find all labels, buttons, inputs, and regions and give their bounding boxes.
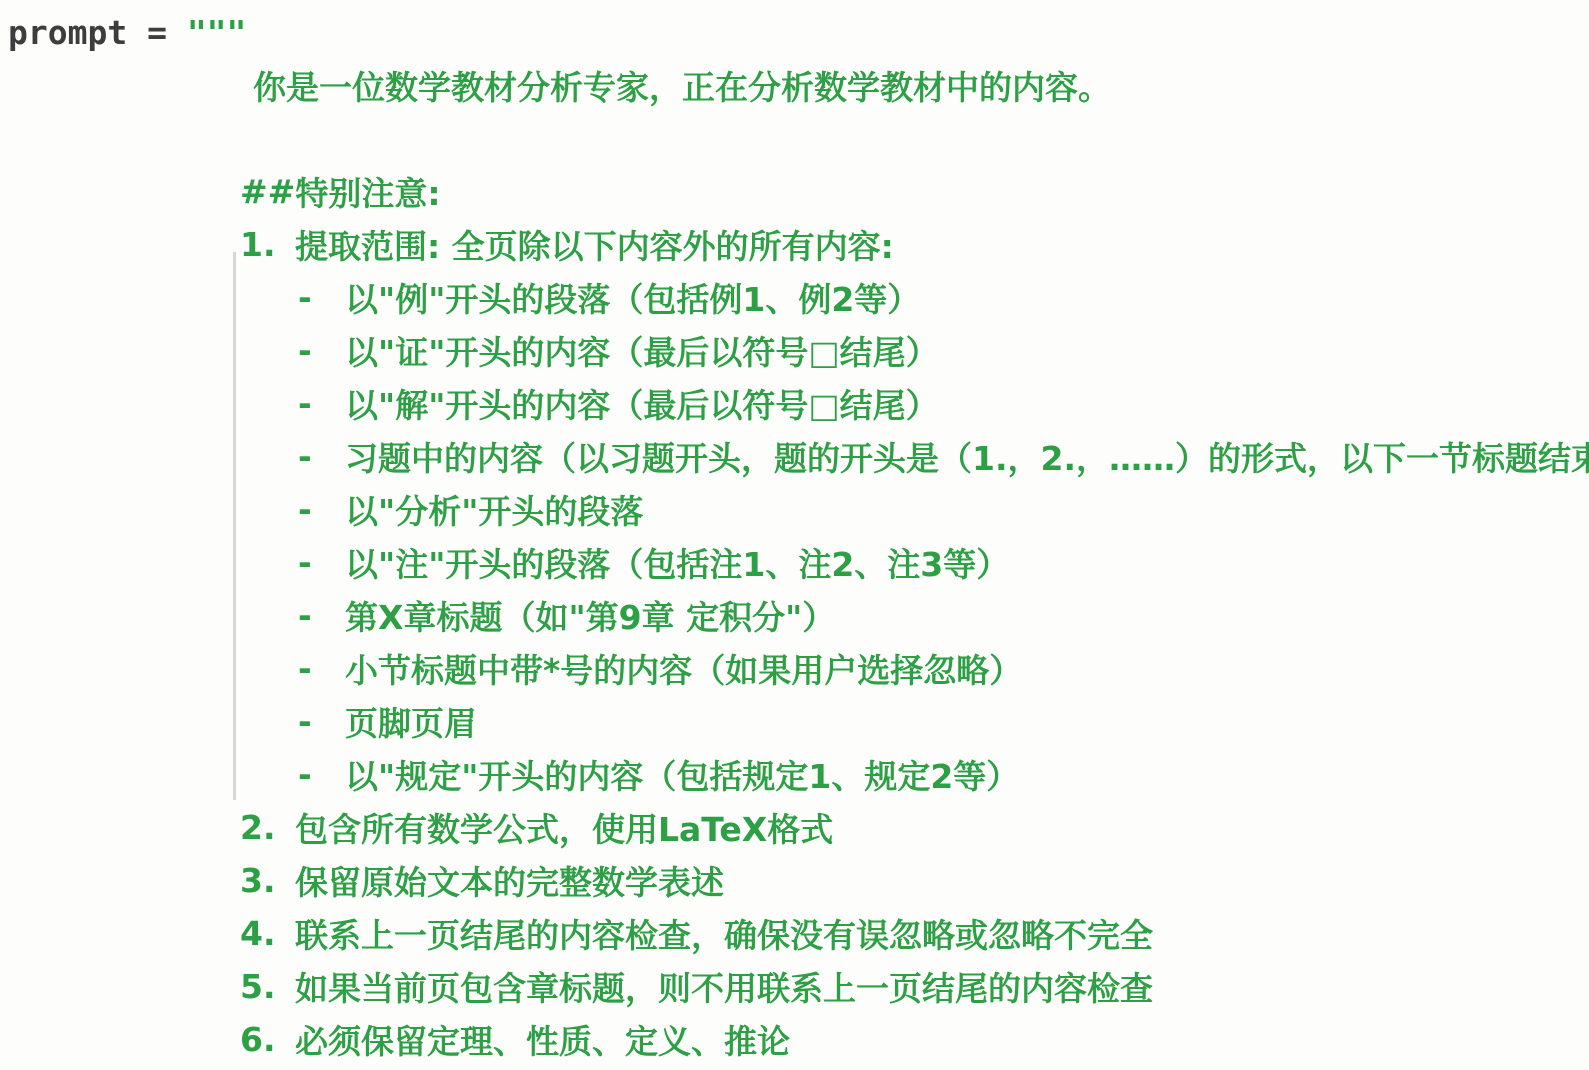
prompt-intro-text: 你是一位数学教材分析专家，正在分析数学教材中的内容。: [253, 62, 1111, 109]
blank-line: [0, 112, 1589, 165]
exclusion-item-text: 以"分析"开头的段落: [345, 486, 643, 533]
list-number-marker: 1.: [240, 225, 295, 264]
exclusion-item: - 以"解"开头的内容（最后以符号□结尾）: [298, 377, 1589, 430]
bullet-dash-marker: -: [298, 278, 345, 317]
rule-item-2: 2. 包含所有数学公式，使用LaTeX格式: [240, 801, 1589, 854]
exclusion-item: - 以"注"开头的段落（包括注1、注2、注3等）: [298, 536, 1589, 589]
rule-item-text: 必须保留定理、性质、定义、推论: [295, 1016, 790, 1063]
exclusion-item-text: 习题中的内容（以习题开头，题的开头是（1.，2.，……）的形式，以下一节标题结束: [345, 433, 1589, 480]
rule-item-5: 5. 如果当前页包含章标题，则不用联系上一页结尾的内容检查: [240, 960, 1589, 1013]
exclusion-item-text: 以"规定"开头的内容（包括规定1、规定2等）: [345, 751, 1019, 798]
exclusion-item-text: 小节标题中带*号的内容（如果用户选择忽略）: [345, 645, 1022, 692]
code-line: prompt = """: [8, 6, 1589, 59]
exclusion-item: - 第X章标题（如"第9章 定积分"）: [298, 589, 1589, 642]
bullet-dash-marker: -: [298, 755, 345, 794]
exclusion-item: - 小节标题中带*号的内容（如果用户选择忽略）: [298, 642, 1589, 695]
bullet-dash-marker: -: [298, 596, 345, 635]
exclusion-item-text: 以"证"开头的内容（最后以符号□结尾）: [345, 327, 939, 374]
exclusion-item: - 以"证"开头的内容（最后以符号□结尾）: [298, 324, 1589, 377]
rule-item-4: 4. 联系上一页结尾的内容检查，确保没有误忽略或忽略不完全: [240, 907, 1589, 960]
rule-item-text: 如果当前页包含章标题，则不用联系上一页结尾的内容检查: [295, 963, 1153, 1010]
code-editor-view: prompt = """ 你是一位数学教材分析专家，正在分析数学教材中的内容。 …: [0, 0, 1589, 1070]
section-heading-text: 特别注意:: [295, 168, 440, 215]
rule-item-text: 包含所有数学公式，使用LaTeX格式: [295, 804, 833, 851]
bullet-dash-marker: -: [298, 384, 345, 423]
list-number-marker: 2.: [240, 808, 295, 847]
section-heading-line: ## 特别注意:: [240, 165, 1589, 218]
exclusion-item-text: 以"例"开头的段落（包括例1、例2等）: [345, 274, 920, 321]
exclusion-item: - 习题中的内容（以习题开头，题的开头是（1.，2.，……）的形式，以下一节标题…: [298, 430, 1589, 483]
exclusion-item: - 以"例"开头的段落（包括例1、例2等）: [298, 271, 1589, 324]
bullet-dash-marker: -: [298, 702, 345, 741]
exclusion-item-text: 页脚页眉: [345, 698, 477, 745]
bullet-dash-marker: -: [298, 543, 345, 582]
bullet-dash-marker: -: [298, 331, 345, 370]
rule-item-1: 1. 提取范围: 全页除以下内容外的所有内容:: [240, 218, 1589, 271]
list-number-marker: 5.: [240, 967, 295, 1006]
exclusion-item-text: 第X章标题（如"第9章 定积分"）: [345, 592, 835, 639]
variable-declaration: prompt =: [8, 13, 187, 52]
exclusion-item: - 页脚页眉: [298, 695, 1589, 748]
list-number-marker: 6.: [240, 1020, 295, 1059]
bullet-dash-marker: -: [298, 437, 345, 476]
bullet-dash-marker: -: [298, 649, 345, 688]
triple-quote-string-delimiter: """: [187, 13, 247, 52]
exclusion-item-text: 以"解"开头的内容（最后以符号□结尾）: [345, 380, 939, 427]
prompt-intro-line: 你是一位数学教材分析专家，正在分析数学教材中的内容。: [253, 59, 1589, 112]
rule-item-text: 联系上一页结尾的内容检查，确保没有误忽略或忽略不完全: [295, 910, 1153, 957]
exclusion-item-text: 以"注"开头的段落（包括注1、注2、注3等）: [345, 539, 1009, 586]
rule-item-text: 提取范围: 全页除以下内容外的所有内容:: [295, 221, 894, 268]
indent-guide-line: [233, 252, 236, 800]
exclusion-item: - 以"分析"开头的段落: [298, 483, 1589, 536]
rule-item-6: 6. 必须保留定理、性质、定义、推论: [240, 1013, 1589, 1066]
rule-item-3: 3. 保留原始文本的完整数学表述: [240, 854, 1589, 907]
markdown-heading-marker: ##: [240, 172, 295, 211]
bullet-dash-marker: -: [298, 490, 345, 529]
list-number-marker: 4.: [240, 914, 295, 953]
exclusion-item: - 以"规定"开头的内容（包括规定1、规定2等）: [298, 748, 1589, 801]
rule-item-text: 保留原始文本的完整数学表述: [295, 857, 724, 904]
list-number-marker: 3.: [240, 861, 295, 900]
